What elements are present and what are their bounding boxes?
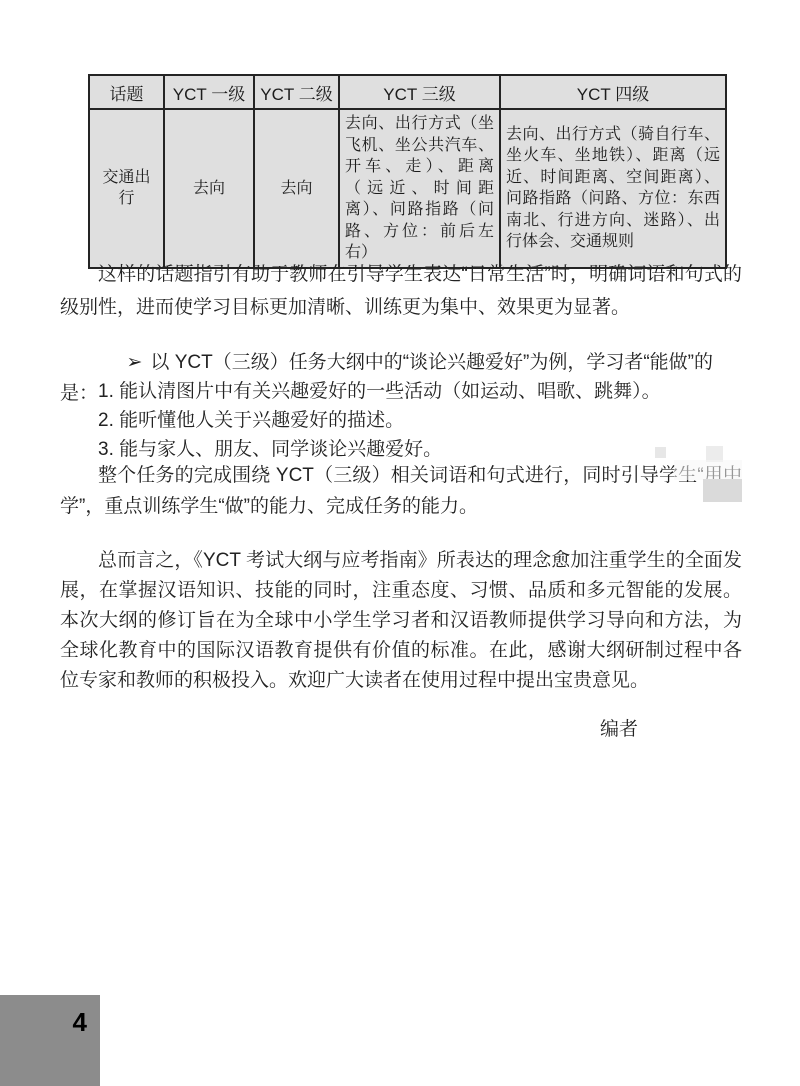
table-row: 交通出行 去向 去向 去向、出行方式（坐飞机、坐公共汽车、开车、走）、距离（远近… xyxy=(89,109,726,268)
yct-topics-table: 话题 YCT 一级 YCT 二级 YCT 三级 YCT 四级 交通出行 去向 去… xyxy=(88,74,727,269)
paragraph-topic-guidance: 这样的话题指引有助于教师在引导学生表达“日常生活”时，明确词语和句式的级别性，进… xyxy=(60,258,742,324)
header-yct4: YCT 四级 xyxy=(500,75,726,109)
list-item: 1. 能认清图片中有关兴趣爱好的一些活动（如运动、唱歌、跳舞）。 xyxy=(60,376,742,407)
cell-yct4: 去向、出行方式（骑自行车、坐火车、坐地铁）、距离（远近、时间距离、空间距离）、问… xyxy=(500,109,726,268)
header-topic: 话题 xyxy=(89,75,164,109)
page-number-box: 4 xyxy=(0,995,100,1086)
arrow-bullet-icon: ➢ xyxy=(127,352,143,373)
cell-yct3: 去向、出行方式（坐飞机、坐公共汽车、开车、走）、距离（远近、时间距离）、问路指路… xyxy=(339,109,500,268)
list-item: 2. 能听懂他人关于兴趣爱好的描述。 xyxy=(60,405,742,436)
header-yct2: YCT 二级 xyxy=(254,75,339,109)
page-number: 4 xyxy=(73,1007,87,1037)
header-yct1: YCT 一级 xyxy=(164,75,254,109)
editor-signature: 编者 xyxy=(60,714,742,745)
cell-yct1: 去向 xyxy=(164,109,254,268)
paragraph-conclusion: 总而言之，《YCT 考试大纲与应考指南》所表达的理念愈加注重学生的全面发展，在掌… xyxy=(60,546,742,696)
header-yct3: YCT 三级 xyxy=(339,75,500,109)
paragraph-task-completion: 整个任务的完成围绕 YCT（三级）相关词语和句式进行，同时引导学生“用中学”，重… xyxy=(60,460,742,522)
table-header-row: 话题 YCT 一级 YCT 二级 YCT 三级 YCT 四级 xyxy=(89,75,726,109)
cell-yct2: 去向 xyxy=(254,109,339,268)
cell-topic: 交通出行 xyxy=(89,109,164,268)
